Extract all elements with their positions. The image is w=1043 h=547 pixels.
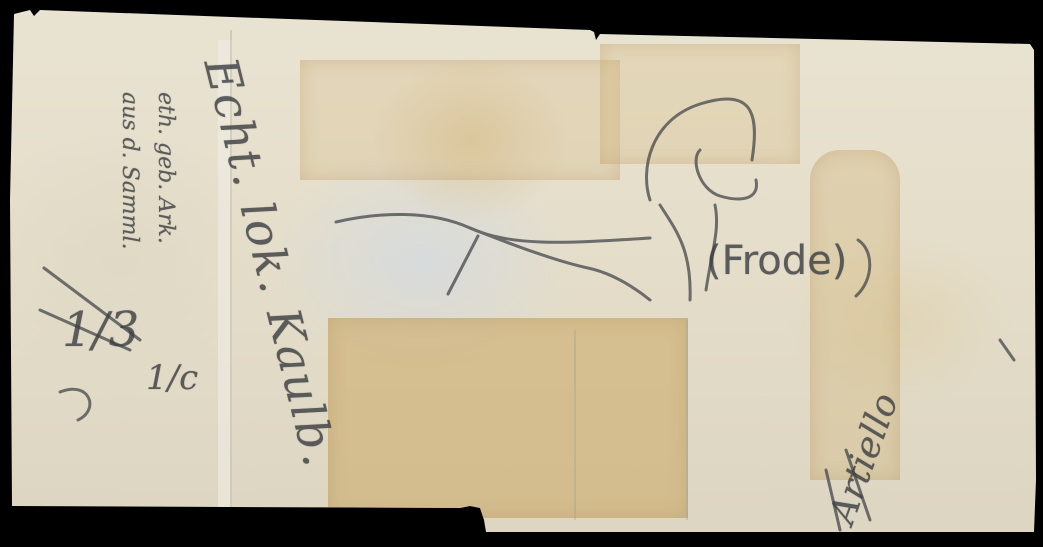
annotation-frode-signature: (Frode) <box>706 238 847 284</box>
annotation-fraction: 1/3 <box>62 302 139 358</box>
paper-fragment: eth. geb. Ark. aus d. Samml. Echt. lok. … <box>0 0 1043 547</box>
photo-background: eth. geb. Ark. aus d. Samml. Echt. lok. … <box>0 0 1043 547</box>
pencil-strokes <box>0 0 1043 547</box>
annotation-vertical-small-2: aus d. Samml. <box>117 92 142 250</box>
annotation-vertical-small: eth. geb. Ark. <box>153 92 178 244</box>
annotation-number: 1/c <box>146 358 198 398</box>
